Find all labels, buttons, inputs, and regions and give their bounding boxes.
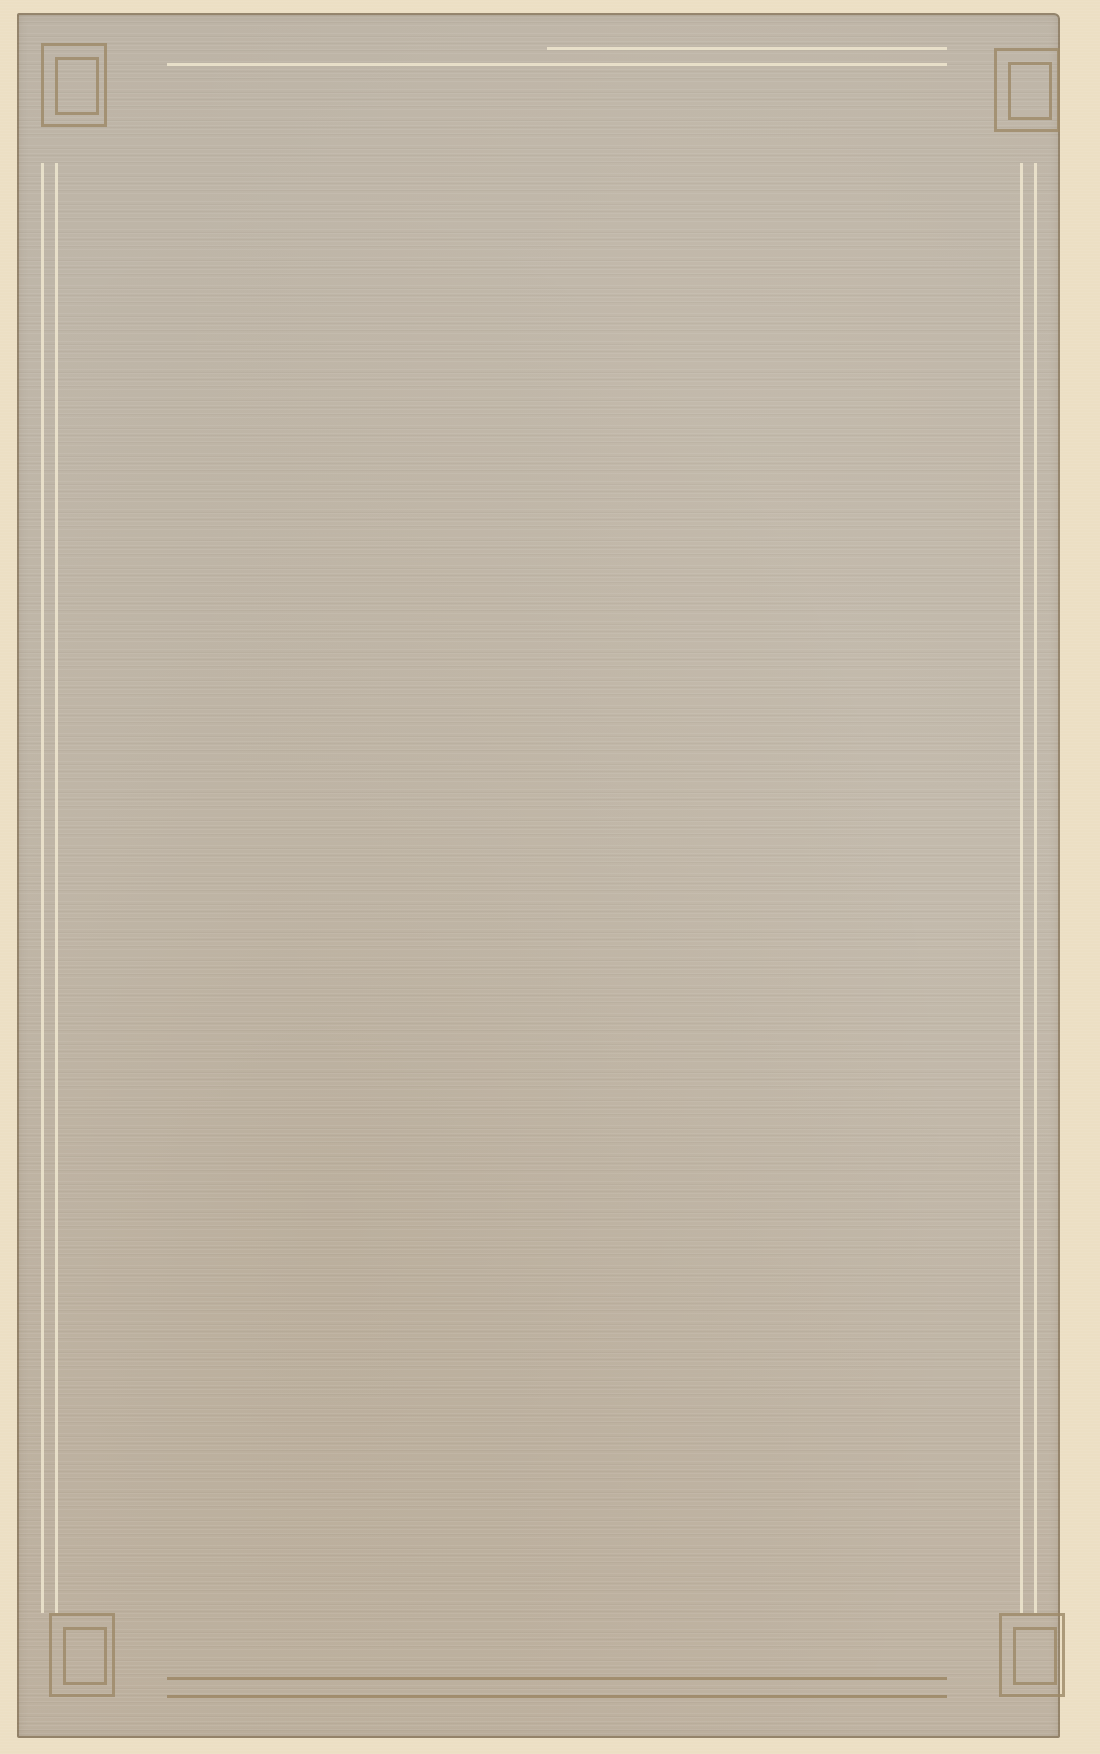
corner-motif-top-left (41, 43, 107, 127)
motif-inner-square (1008, 62, 1052, 120)
right-pinstripe-outer (1034, 163, 1037, 1613)
corner-motif-bottom-left (49, 1613, 115, 1697)
motif-inner-square (63, 1627, 107, 1685)
motif-inner-square (1013, 1627, 1057, 1685)
left-pinstripe-outer (41, 163, 44, 1613)
motif-inner-square (55, 57, 99, 115)
bottom-pinstripe-upper (167, 1677, 947, 1680)
left-pinstripe-inner (55, 163, 58, 1613)
bottom-pinstripe-lower (167, 1695, 947, 1698)
corner-motif-bottom-right (999, 1613, 1065, 1697)
corner-motif-top-right (994, 48, 1060, 132)
rug (0, 0, 1100, 1754)
top-pinstripe-lower (167, 63, 947, 66)
rug-field (17, 13, 1060, 1738)
top-pinstripe-upper (547, 47, 947, 50)
right-pinstripe-inner (1020, 163, 1023, 1613)
